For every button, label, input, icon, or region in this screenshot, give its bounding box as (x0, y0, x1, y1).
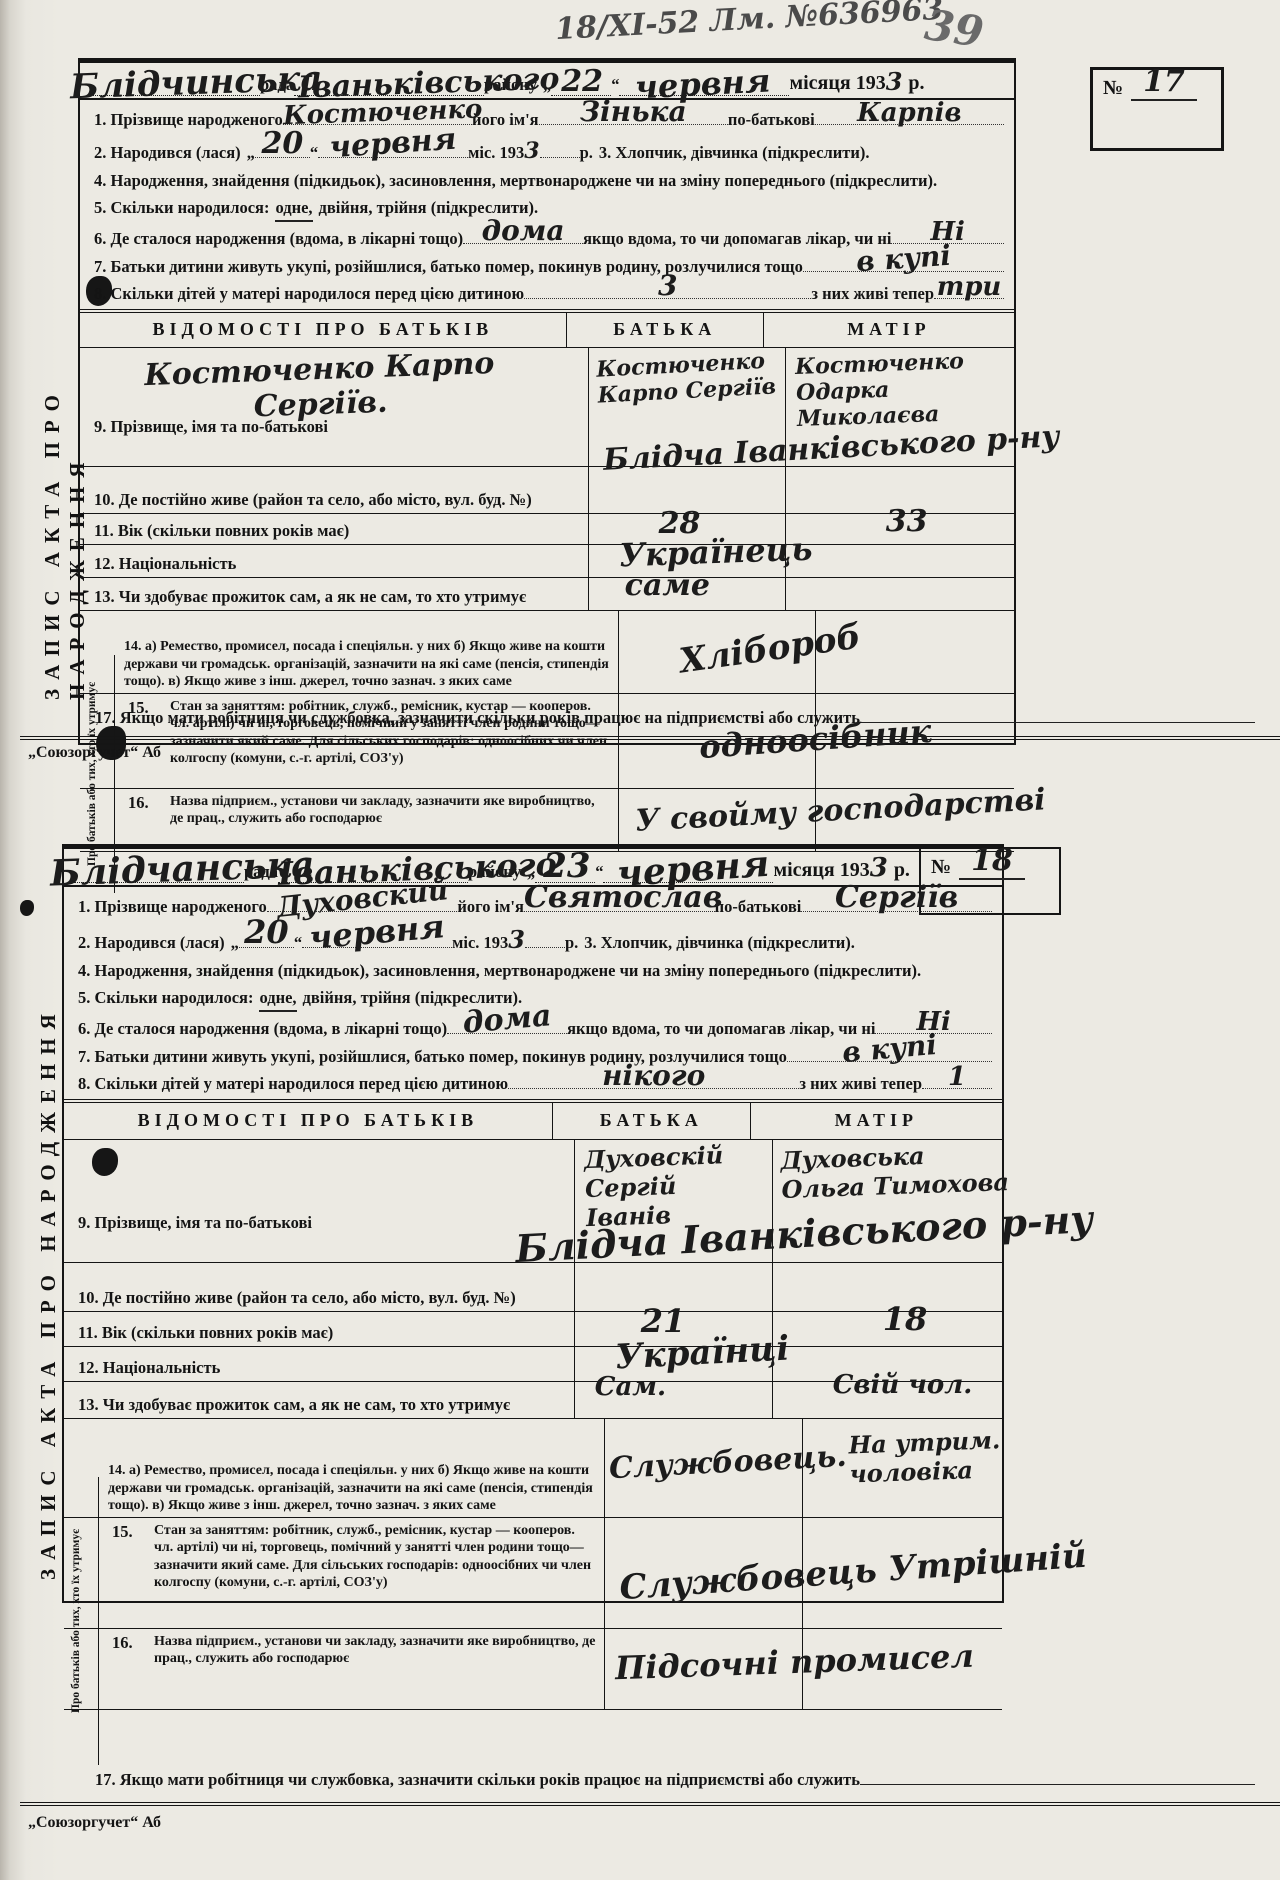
form2-footer-imprint: „Союзоргучет“ Аб (28, 1814, 161, 1832)
form2-item2-label: 2. Народився (лася) (78, 933, 225, 954)
form2-item16-no: 16. (112, 1633, 133, 1653)
birth-record-form-2: ЗАПИС АКТА ПРО НАРОДЖЕННЯ Блідчанська ра… (0, 830, 1280, 1880)
form2-no-sign: № (931, 855, 951, 880)
birth-record-form-1: ЗАПИС АКТА ПРО НАРОДЖЕННЯ Блідчинська ра… (0, 0, 1280, 830)
form1-parents-table: ВІДОМОСТІ ПРО БАТЬКІВ БАТЬКА МАТІР 9. Пр… (80, 309, 1014, 852)
form2-item16-label: Назва підприєм., установи чи закладу, за… (108, 1633, 596, 1668)
form1-item13-label: 13. Чи здобуває прожиток сам, а як не са… (94, 587, 526, 608)
form2-item12-label: 12. Національність (78, 1358, 220, 1379)
form1-item2-r: р. (580, 143, 593, 164)
form1-item1-patro-label: по-батькові (728, 110, 815, 131)
form1-child-name: Зінька (539, 95, 728, 128)
form2-item5-odne: одне, (259, 988, 296, 1012)
form2-children-before: нікого (508, 1059, 799, 1092)
form2-record-number: 18 (959, 843, 1025, 880)
form2-item8-pre: 8. Скільки дітей у матері народилося пер… (78, 1074, 508, 1095)
form2-self-support-mother: Свій чол. (833, 1370, 973, 1400)
form1-birthmonth-blank: червня (318, 143, 468, 158)
form2-item4-label: 4. Народження, знайдення (підкидьок), за… (78, 961, 921, 982)
form2-item2-mis: міс. 193 (452, 933, 508, 954)
form2-item1-name-label: його ім'я (457, 897, 524, 918)
form1-birth-year-digit: 3 (524, 138, 539, 164)
form1-item12-label: 12. Національність (94, 554, 236, 575)
form1-item6-pre: 6. Де сталося народження (вдома, в лікар… (94, 229, 463, 250)
form2-item11-label: 11. Вік (скільки повних років має) (78, 1323, 333, 1344)
form1-alive-blank: три (934, 284, 1004, 299)
form2-rada-blank: Блідчанська (74, 882, 244, 883)
form1-item8-pre: 8. Скільки дітей у матері народилося пер… (94, 284, 524, 305)
form1-item16-no: 16. (128, 793, 149, 813)
form1-parents-both: Костюченко Карпо Сергіїв. (109, 344, 531, 429)
form1-bottom-rule (20, 736, 1280, 740)
form1-children-before: 3 (524, 269, 811, 302)
form1-whereborn-blank: дома (463, 229, 583, 244)
form1-item17-row: 17. Якщо мати робітниця чи службовка, за… (95, 708, 1255, 729)
form2-year-digit: 3 (870, 853, 888, 883)
form1-footer-imprint: „Союзоргучет“ Аб (28, 744, 161, 762)
form1-reg-day: 22 (561, 64, 603, 99)
form1-nationality: Українець (618, 529, 813, 574)
form2-child-name: Святослав (524, 880, 715, 915)
form2-item6-pre: 6. Де сталося народження (вдома, в лікар… (78, 1019, 447, 1040)
form1-no-sign: № (1103, 76, 1123, 101)
form2-group-divider (98, 1477, 99, 1765)
form1-where-born: дома (463, 214, 583, 247)
form1-item5-odne: одне, (275, 198, 312, 222)
form1-birthday-blank: 20 (255, 143, 310, 158)
form1-item2-qo: „ (247, 143, 255, 164)
form2-item10-label: 10. Де постійно живе (район та село, або… (78, 1288, 516, 1309)
form2-item2-qo: „ (231, 933, 239, 954)
form2-item17-row: 17. Якщо мати робітниця чи службовка, за… (95, 1770, 1255, 1791)
form2-birthmonth-blank: червня (302, 933, 452, 948)
form2-patronymic: Сергіїв (801, 880, 992, 915)
form1-item2-label: 2. Народився (лася) (94, 143, 241, 164)
form2-children-before-blank: нікого (508, 1074, 799, 1089)
form1-name-blank: Зінька (539, 110, 728, 125)
form1-item14-label: 14. а) Ремество, промисел, посада і спец… (124, 638, 610, 691)
form1-record-number: 17 (1131, 64, 1197, 101)
form1-patro-blank: Карпів (815, 110, 1004, 125)
form2-th-mother: МАТІР (751, 1103, 1002, 1139)
form1-border-box: Блідчинська рада Іваньківського району „… (78, 58, 1016, 745)
form2-mother-age: 18 (883, 1300, 928, 1338)
form1-children-before-blank: 3 (524, 284, 811, 299)
form2-item5-pre: 5. Скільки народилося: (78, 988, 253, 1009)
form2-name-blank: Святослав (524, 897, 715, 912)
form1-r-abbrev: р. (908, 71, 924, 96)
form2-item9-label: 9. Прізвище, імя та по-батькові (78, 1213, 312, 1234)
form1-th-father: БАТЬКА (567, 313, 764, 347)
form1-parents-living-blank: в купі (803, 257, 1004, 272)
form2-alive-blank: 1 (922, 1074, 992, 1089)
form2-group-side-label: Про батьків або тих, хто їх утримує (70, 1477, 96, 1765)
form2-nationality: Українці (614, 1328, 790, 1377)
form1-mother-age: 33 (886, 504, 928, 539)
form2-birth-year-digit: 3 (508, 925, 525, 954)
form1-alive-now: три (934, 272, 1004, 302)
form2-item15-no: 15. (112, 1522, 133, 1542)
form2-border-box: Блідчанська рада Іваньківського району „… (62, 844, 1004, 1603)
form1-th-mother: МАТІР (764, 313, 1014, 347)
form2-item15-label: Стан за заняттям: робітник, служб., ремі… (108, 1522, 596, 1592)
form1-item2-qc: “ (310, 143, 318, 164)
form2-parents-living-blank: в купі (787, 1047, 992, 1062)
form1-father-name: Костюченко Карпо Сергіїв (595, 347, 777, 408)
form2-birthday-blank: 20 (239, 933, 294, 948)
form2-alive-now: 1 (922, 1062, 992, 1092)
form1-th-parents: ВІДОМОСТІ ПРО БАТЬКІВ (80, 313, 567, 347)
form2-side-title: ЗАПИС АКТА ПРО НАРОДЖЕННЯ (36, 960, 61, 1580)
form2-th-parents: ВІДОМОСТІ ПРО БАТЬКІВ (64, 1103, 553, 1139)
form2-item2-qc: “ (294, 933, 302, 954)
form1-item11-label: 11. Вік (скільки повних років має) (94, 521, 349, 542)
form2-th-father: БАТЬКА (553, 1103, 751, 1139)
form2-item8-post: з них живі тепер (799, 1074, 922, 1095)
form1-item3-label: 3. Хлопчик, дівчинка (підкреслити). (599, 143, 870, 164)
form2-whereborn-blank: дома (447, 1019, 567, 1034)
form2-item13-label: 13. Чи здобуває прожиток сам, а як не са… (78, 1395, 510, 1416)
form2-item3-label: 3. Хлопчик, дівчинка (підкреслити). (584, 933, 855, 954)
form2-birth-day: 20 (239, 913, 294, 951)
form2-mother-name: Духовська Ольга Тимохова (780, 1138, 1012, 1204)
form1-mother-name: Костюченко Одарка Миколаєва (795, 346, 1028, 432)
form1-item16-label: Назва підприєм., установи чи закладу, за… (124, 793, 610, 828)
form2-rada-name: Блідчанська (49, 843, 315, 894)
ink-blot (20, 900, 34, 916)
form2-item2-r: р. (565, 933, 578, 954)
form1-year-digit: 3 (886, 67, 903, 96)
form1-birth-day: 20 (255, 126, 310, 161)
form2-item1-patro-label: по-батькові (715, 897, 802, 918)
form1-item2-mis: міс. 193 (468, 143, 524, 164)
form1-patronymic: Карпів (815, 98, 1004, 128)
form2-item17-label: 17. Якщо мати робітниця чи службовка, за… (95, 1770, 860, 1791)
form1-item10-label: 10. Де постійно живе (район та село, або… (94, 490, 532, 511)
form2-parents-table: ВІДОМОСТІ ПРО БАТЬКІВ БАТЬКА МАТІР 9. Пр… (64, 1099, 1002, 1710)
form1-month-prefix: місяця 193 (789, 71, 885, 96)
form1-item8-post: з них живі тепер (811, 284, 934, 305)
form1-item5-pre: 5. Скільки народилося: (94, 198, 269, 219)
form1-items: 1. Прізвище народженого Костюченко його … (80, 100, 1014, 305)
form1-rada-blank: Блідчинська (90, 95, 260, 96)
form1-item4-label: 4. Народження, знайдення (підкидьок), за… (94, 171, 937, 192)
form2-bottom-rule (20, 1802, 1280, 1806)
form2-patro-blank: Сергіїв (801, 897, 992, 912)
form1-number-box: № 17 (1090, 67, 1224, 151)
form1-quote-close: “ (611, 75, 619, 96)
form2-item14-label: 14. а) Ремество, промисел, посада і спец… (108, 1462, 596, 1515)
form2-occupation-mother: На утрим. чоловіка (848, 1423, 1050, 1488)
form2-items: 1. Прізвище народженого Духовский його і… (64, 887, 1002, 1095)
